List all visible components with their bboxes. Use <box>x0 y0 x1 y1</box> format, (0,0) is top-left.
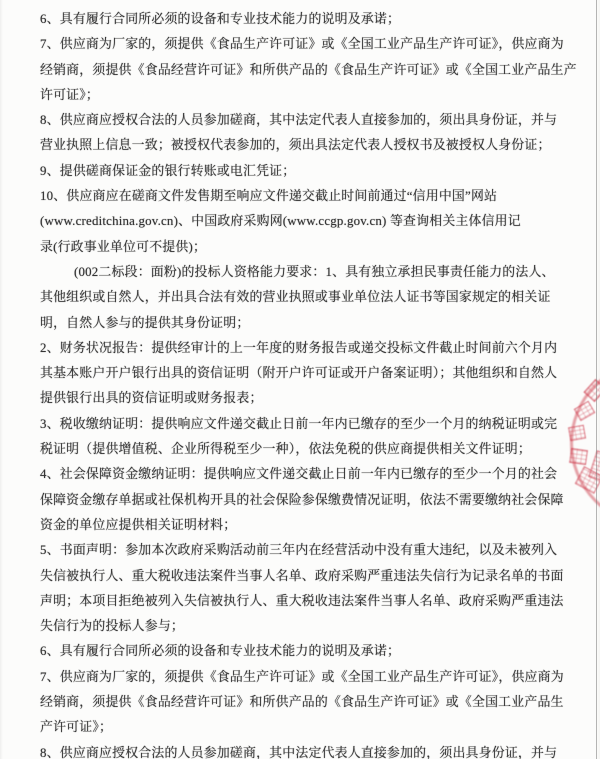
text-line: 9、提供磋商保证金的银行转账或电汇凭证； <box>40 159 572 184</box>
text-line: 经销商，须提供《食品经营许可证》和所供产品的《食品生产许可证》或《全国工业产品生 <box>40 690 572 715</box>
text-line: 营业执照上信息一致；被授权代表参加的，须出具法定代表人授权书及被授权人身份证； <box>40 133 572 158</box>
text-line: 其基本账户开户银行出具的资信证明（附开户许可证或开户备案证明）；其他组织和自然人 <box>40 361 572 386</box>
text-line: 3、税收缴纳证明：提供响应文件递交截止日前一年内已缴存的至少一个月的纳税证明或完 <box>40 412 572 437</box>
text-line: 失信被执行人、重大税收违法案件当事人名单、政府采购严重违法失信行为记录名单的书面 <box>40 564 572 589</box>
document-text-block: 6、具有履行合同所必须的设备和专业技术能力的说明及承诺； 7、供应商为厂家的，须… <box>40 7 572 759</box>
text-line: 6、具有履行合同所必须的设备和专业技术能力的说明及承诺； <box>40 7 572 32</box>
text-line: 7、供应商为厂家的，须提供《食品生产许可证》或《全国工业产品生产许可证》，供应商… <box>40 665 572 690</box>
text-line: 资金的单位应提供相关证明材料； <box>40 513 572 538</box>
text-line: 5、书面声明：参加本次政府采购活动前三年内在经营活动中没有重大违纪，以及未被列入 <box>40 538 572 563</box>
text-line: 其他组织或自然人，并出具合法有效的营业执照或事业单位法人证书等国家规定的相关证 <box>40 285 572 310</box>
text-line: 4、社会保障资金缴纳证明：提供响应文件递交截止日前一年内已缴存的至少一个月的社会 <box>40 462 572 487</box>
text-line: 录(行政事业单位可不提供)； <box>40 235 572 260</box>
text-line: 提供银行出具的资信证明或财务报表； <box>40 386 572 411</box>
text-line: 明，自然人参与的提供其身份证明； <box>40 311 572 336</box>
scanned-document-page: 6、具有履行合同所必须的设备和专业技术能力的说明及承诺； 7、供应商为厂家的，须… <box>0 0 600 759</box>
seal-glyph-mark <box>569 448 588 465</box>
text-line: 声明；本项目拒绝被列入失信被执行人、重大税收违法案件当事人名单、政府采购严重违法 <box>40 589 572 614</box>
text-line: 失信行为的投标人参与； <box>40 614 572 639</box>
text-line: 产许可证》； <box>40 715 572 740</box>
text-line: (www.creditchina.gov.cn)、中国政府采购网(www.ccg… <box>40 209 572 234</box>
text-line: 税证明（提供增值税、企业所得税至少一种），依法免税的供应商提供相关文件证明； <box>40 437 572 462</box>
text-line: 10、供应商应在磋商文件发售期至响应文件递交截止时间前通过“信用中国”网站 <box>40 184 572 209</box>
text-line: 保障资金缴存单据或社保机构开具的社会保险参保缴费情况证明，依法不需要缴纳社会保障 <box>40 488 572 513</box>
text-line: 8、供应商应授权合法的人员参加磋商，其中法定代表人直接参加的，须出具身份证，并与 <box>40 108 572 133</box>
text-line: 许可证》； <box>40 83 572 108</box>
text-line: 7、供应商为厂家的，须提供《食品生产许可证》或《全国工业产品生产许可证》，供应商… <box>40 32 572 57</box>
text-line: 2、财务状况报告：提供经审计的上一年度的财务报告或递交投标文件截止时间前六个月内 <box>40 336 572 361</box>
text-line: 8、供应商应授权合法的人员参加磋商，其中法定代表人直接参加的，须出具身份证，并与 <box>40 741 572 759</box>
scan-edge-artifact <box>596 0 597 759</box>
text-line: 经销商，须提供《食品经营许可证》和所供产品的《食品生产许可证》或《全国工业产品生… <box>40 58 572 83</box>
text-line: 6、具有履行合同所必须的设备和专业技术能力的说明及承诺； <box>40 639 572 664</box>
seal-glyph-mark <box>568 425 586 442</box>
text-line-section-002-heading: (002二标段：面粉)的投标人资格能力要求：1、具有独立承担民事责任能力的法人、 <box>40 260 572 285</box>
